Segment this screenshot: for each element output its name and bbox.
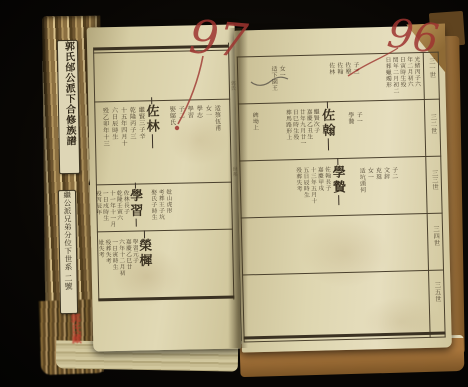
entry-family: 子一 學贄	[342, 112, 363, 152]
entry-name: 學習	[128, 188, 142, 218]
entry-details: 學習元子 嘉慶乙巳廿 六年十二月初 一日寅時生 殁葬失考 妣失考	[93, 239, 138, 296]
connector-line	[151, 97, 153, 104]
entry-name: 學贄	[330, 165, 344, 195]
generation-label-box: 三五世	[430, 282, 446, 303]
connector-line	[327, 138, 329, 150]
entry-details: 繼賢次子 嘉慶乙丑生 廿年九月廿一 日巳時生殁 葬馬路形上	[276, 109, 319, 158]
generation-label-box: 三二世	[426, 114, 442, 135]
red-seal-stamp: 郭氏藏	[56, 313, 80, 354]
entry-name: 佐翰	[320, 108, 334, 138]
genealogy-entry: 佐翰	[320, 108, 334, 138]
grid-line	[96, 182, 232, 186]
generation-label: 三三世	[431, 170, 441, 191]
right-page: 三一世 三二世 三三世 三四世 三五世 光緒丙子六 年二月初六 日寅時生殁 閏年…	[234, 25, 452, 352]
genealogy-entry: 學贄	[330, 165, 344, 195]
grid-line	[242, 270, 444, 276]
grid-line	[241, 213, 443, 219]
connector-line	[135, 219, 137, 227]
genealogy-entry: 佐林	[144, 104, 158, 134]
grid-line	[93, 50, 229, 54]
book-title: 郭氏邰公派下合修族譜	[62, 41, 74, 146]
genealogy-entry: 學習	[128, 188, 142, 218]
series-title: 繼公派兄弟分位下世系	[63, 191, 72, 271]
grid-line	[94, 99, 230, 103]
connector-line	[337, 158, 339, 165]
entry-details: 繼賢三子辛 乾隆丙子三 十五年四月十 六日辰時生 殁乙卯年十三	[94, 106, 145, 179]
generation-label-box: 三一世	[425, 58, 441, 79]
generation-label: 三五世	[433, 282, 443, 303]
generation-label: 三四世	[432, 226, 442, 247]
paper-stain	[299, 217, 391, 289]
connector-line	[338, 195, 340, 205]
entry-details: 佐翰長子 嘉慶甲戌 十三年五月十 五日辰時生 殁葬失考	[285, 166, 330, 213]
spine-title-label: 郭氏邰公派下合修族譜	[57, 40, 80, 174]
entry-details: 佐林長子 乾隆壬寅六 十一年十一月 一日戌時生 殁丙辰年	[94, 190, 129, 231]
connector-line	[143, 230, 145, 238]
connector-line	[151, 134, 153, 148]
entry-family: 子二 文鋅 克珽 女一 适坑頭何	[351, 167, 398, 212]
photo-stage: 郭氏 世系 繼賢三子辛 乾隆丙子三 十五年四月十 六日辰時生 殁乙卯年十三 佐林…	[0, 0, 468, 387]
entry-family: 娶氏子時生 考葬王子坑 妣山虎形	[148, 189, 179, 230]
spine-series-label: 繼公派兄弟分位下世系 二號	[58, 190, 78, 314]
generation-label: 三二世	[429, 114, 439, 135]
grid-line	[98, 296, 234, 301]
generation-label-box: 三四世	[429, 226, 445, 247]
entry-details: 光緒丙子六 年二月初六 日寅時生殁 閏年二月初二 日葬蠟燭形	[369, 56, 420, 99]
generation-label-box: 三三世	[428, 170, 444, 191]
entry-name: 佐林	[144, 104, 158, 134]
entry-daughters: 女一 适下園王	[263, 65, 286, 102]
series-number: 二號	[63, 274, 74, 290]
entry-burial-note: 碑坳上	[248, 112, 259, 152]
genealogy-entry: 榮樨	[137, 238, 151, 268]
generation-label: 三一世	[428, 58, 438, 79]
connector-line	[326, 101, 328, 108]
grid-line	[239, 156, 441, 162]
gutter-shadow	[228, 28, 248, 348]
entry-name: 榮樨	[137, 238, 151, 268]
entry-family: 娶鄔氏 子二 學習 學志 女一 适蔡伍甫	[166, 105, 227, 178]
left-page: 郭氏 世系 繼賢三子辛 乾隆丙子三 十五年四月十 六日辰時生 殁乙卯年十三 佐林…	[87, 24, 242, 351]
entry-sons: 子三 佐壂 佐翰 佐林	[317, 62, 360, 101]
